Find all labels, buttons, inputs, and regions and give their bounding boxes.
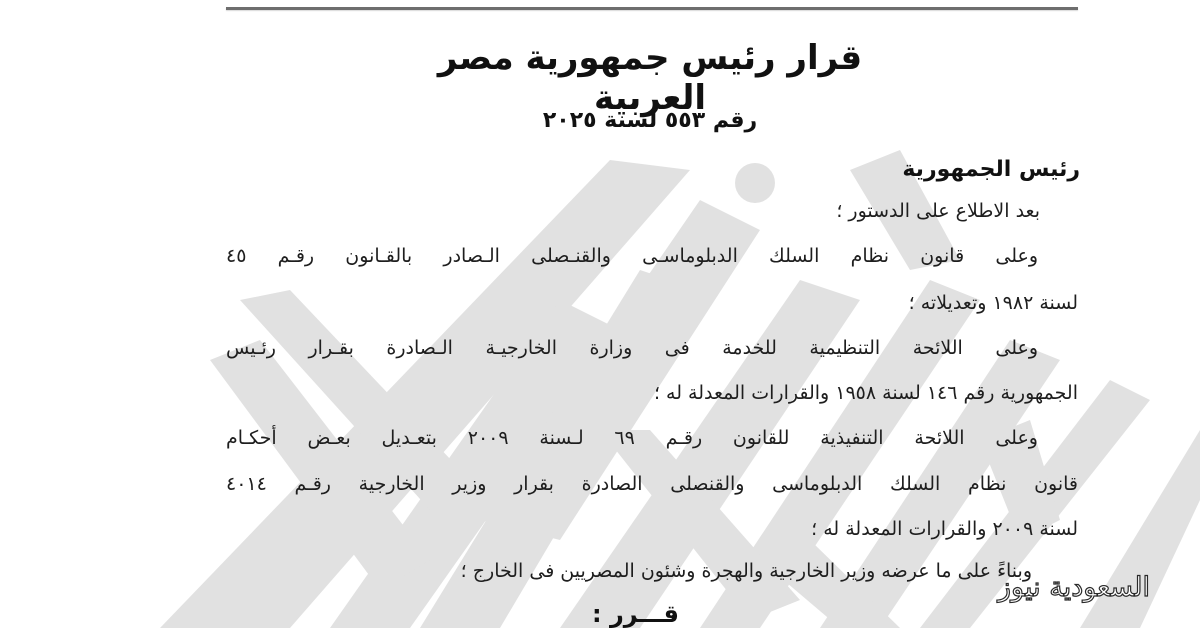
site-watermark-text: السعودية نيوز xyxy=(998,572,1150,603)
decree-document: قرار رئيس جمهورية مصر العربية رقم ٥٥٣ لس… xyxy=(0,0,1200,628)
paragraph-line: لسنة ١٩٨٢ وتعديلاته ؛ xyxy=(909,292,1078,314)
paragraph-line: وعلى اللائحة التنفيذية للقانون رقـم ٦٩ ل… xyxy=(226,427,1038,449)
paragraph-line: وعلى اللائحة التنظيمية للخدمة فى وزارة ا… xyxy=(226,337,1038,359)
paragraph-line: الجمهورية رقم ١٤٦ لسنة ١٩٥٨ والقرارات ال… xyxy=(654,382,1078,404)
decree-number: رقم ٥٥٣ لسنة ٢٠٢٥ xyxy=(500,108,800,133)
decree-word: قـــرر : xyxy=(592,600,679,628)
paragraph-line: وبناءً على ما عرضه وزير الخارجية والهجرة… xyxy=(461,560,1032,582)
paragraph-line: بعد الاطلاع على الدستور ؛ xyxy=(836,200,1040,222)
paragraph-line: وعلى قانون نظام السلك الدبلوماسـى والقنـ… xyxy=(226,245,1038,267)
document-title: قرار رئيس جمهورية مصر العربية xyxy=(380,38,920,118)
section-heading: رئيس الجمهورية xyxy=(902,157,1080,182)
document-page: قرار رئيس جمهورية مصر العربية رقم ٥٥٣ لس… xyxy=(0,0,1200,628)
paragraph-line: لسنة ٢٠٠٩ والقرارات المعدلة له ؛ xyxy=(811,518,1078,540)
paragraph-line: قانون نظام السلك الدبلوماسى والقنصلى الص… xyxy=(226,473,1078,495)
